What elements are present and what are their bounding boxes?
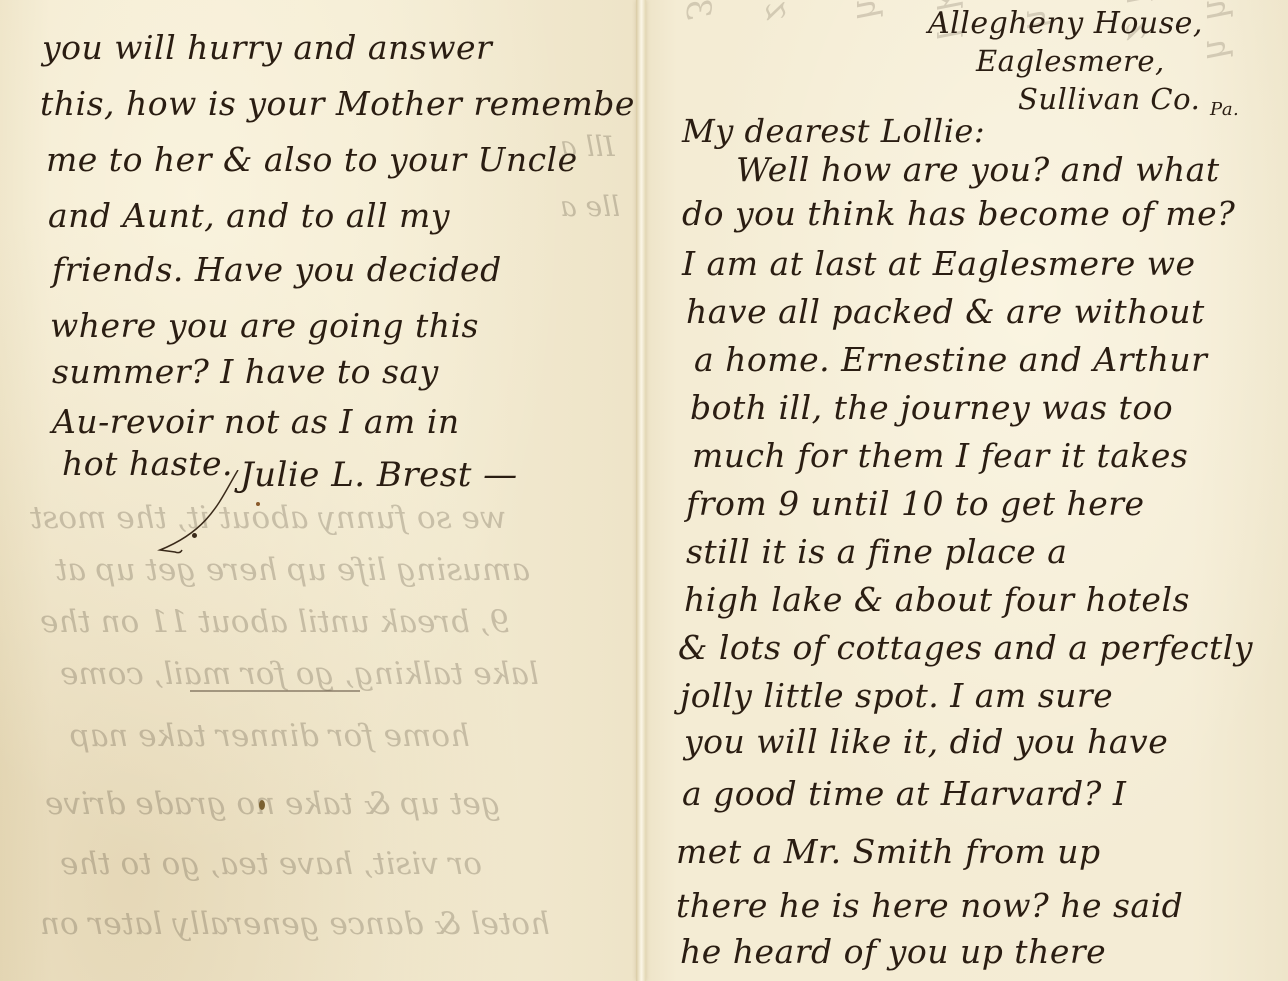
signature-flourish — [120, 470, 240, 560]
letter-line: and Aunt, and to all my — [48, 196, 450, 235]
show-through-strikethrough — [190, 690, 360, 692]
letter-line: have all packed & are without — [686, 292, 1205, 331]
show-through-line: 9, break until about 11 on the — [40, 604, 509, 640]
letter-line: friends. Have you decided — [52, 250, 502, 289]
show-through-line: get up & take no grade drive — [45, 786, 501, 822]
letter-line: still it is a fine place a — [686, 532, 1067, 571]
address-line-1: Allegheny House, — [928, 6, 1203, 41]
show-through-line: hotel & dance generally later on — [40, 906, 550, 942]
letter-line: he heard of you up there — [680, 932, 1106, 971]
letter-line: me to her & also to your Uncle — [46, 140, 578, 179]
letter-line: much for them I fear it takes — [692, 436, 1188, 475]
ink-speck — [192, 533, 197, 538]
address-line-2: Eaglesmere, — [976, 44, 1165, 78]
show-through-column: hhhhhhh — [848, 0, 888, 20]
letter-line: you will hurry and answer — [42, 28, 492, 67]
letter-spread: we so funny about it, the most amusing l… — [0, 0, 1288, 981]
show-through-fragment: lle a — [560, 190, 620, 223]
show-through-column: 333 — [678, 0, 718, 20]
letter-line: where you are going this — [50, 306, 479, 345]
letter-line: met a Mr. Smith from up — [676, 832, 1101, 871]
show-through-column: zzzzzz — [758, 0, 798, 20]
letter-line: a home. Ernestine and Arthur — [694, 340, 1207, 379]
letter-line: I am at last at Eaglesmere we — [682, 244, 1196, 283]
letter-line: there he is here now? he said — [676, 886, 1183, 925]
left-page: we so funny about it, the most amusing l… — [0, 0, 638, 981]
letter-line: do you think has become of me? — [682, 194, 1235, 233]
right-page: 333 zzzzzz hhhhhhh lkzzhlz hzhhzkz zhzzh… — [638, 0, 1288, 981]
letter-line: jolly little spot. I am sure — [680, 676, 1113, 715]
address-line-3: Sullivan Co. Pa. — [1018, 82, 1239, 120]
show-through-line: we so funny about it, the most — [30, 500, 506, 536]
signature: Julie L. Brest — — [240, 455, 518, 495]
letter-line: & lots of cottages and a perfectly — [678, 628, 1253, 667]
letter-line: this, how is your Mother remember — [40, 84, 638, 123]
county: Sullivan Co. — [1018, 82, 1200, 116]
letter-line: Well how are you? and what — [736, 150, 1220, 189]
show-through-line: lake talking, go for mail, come — [60, 656, 539, 692]
letter-line: from 9 until 10 to get here — [686, 484, 1145, 523]
show-through-column: hhzh — [1198, 0, 1238, 60]
state: Pa. — [1210, 99, 1239, 120]
letter-line: you will like it, did you have — [684, 722, 1168, 761]
salutation: My dearest Lollie: — [682, 112, 985, 150]
page-fold — [636, 0, 646, 981]
letter-line: a good time at Harvard? I — [682, 774, 1126, 813]
ink-speck — [259, 800, 265, 810]
show-through-line: home for dinner take nap — [70, 718, 470, 754]
show-through-line: or visit, have tea, go to the — [60, 846, 482, 882]
letter-line: Au-revoir not as I am in — [52, 402, 460, 441]
letter-line: high lake & about four hotels — [684, 580, 1190, 619]
letter-line: summer? I have to say — [52, 352, 439, 391]
letter-line: both ill, the journey was too — [690, 388, 1173, 427]
ink-speck — [256, 502, 260, 506]
